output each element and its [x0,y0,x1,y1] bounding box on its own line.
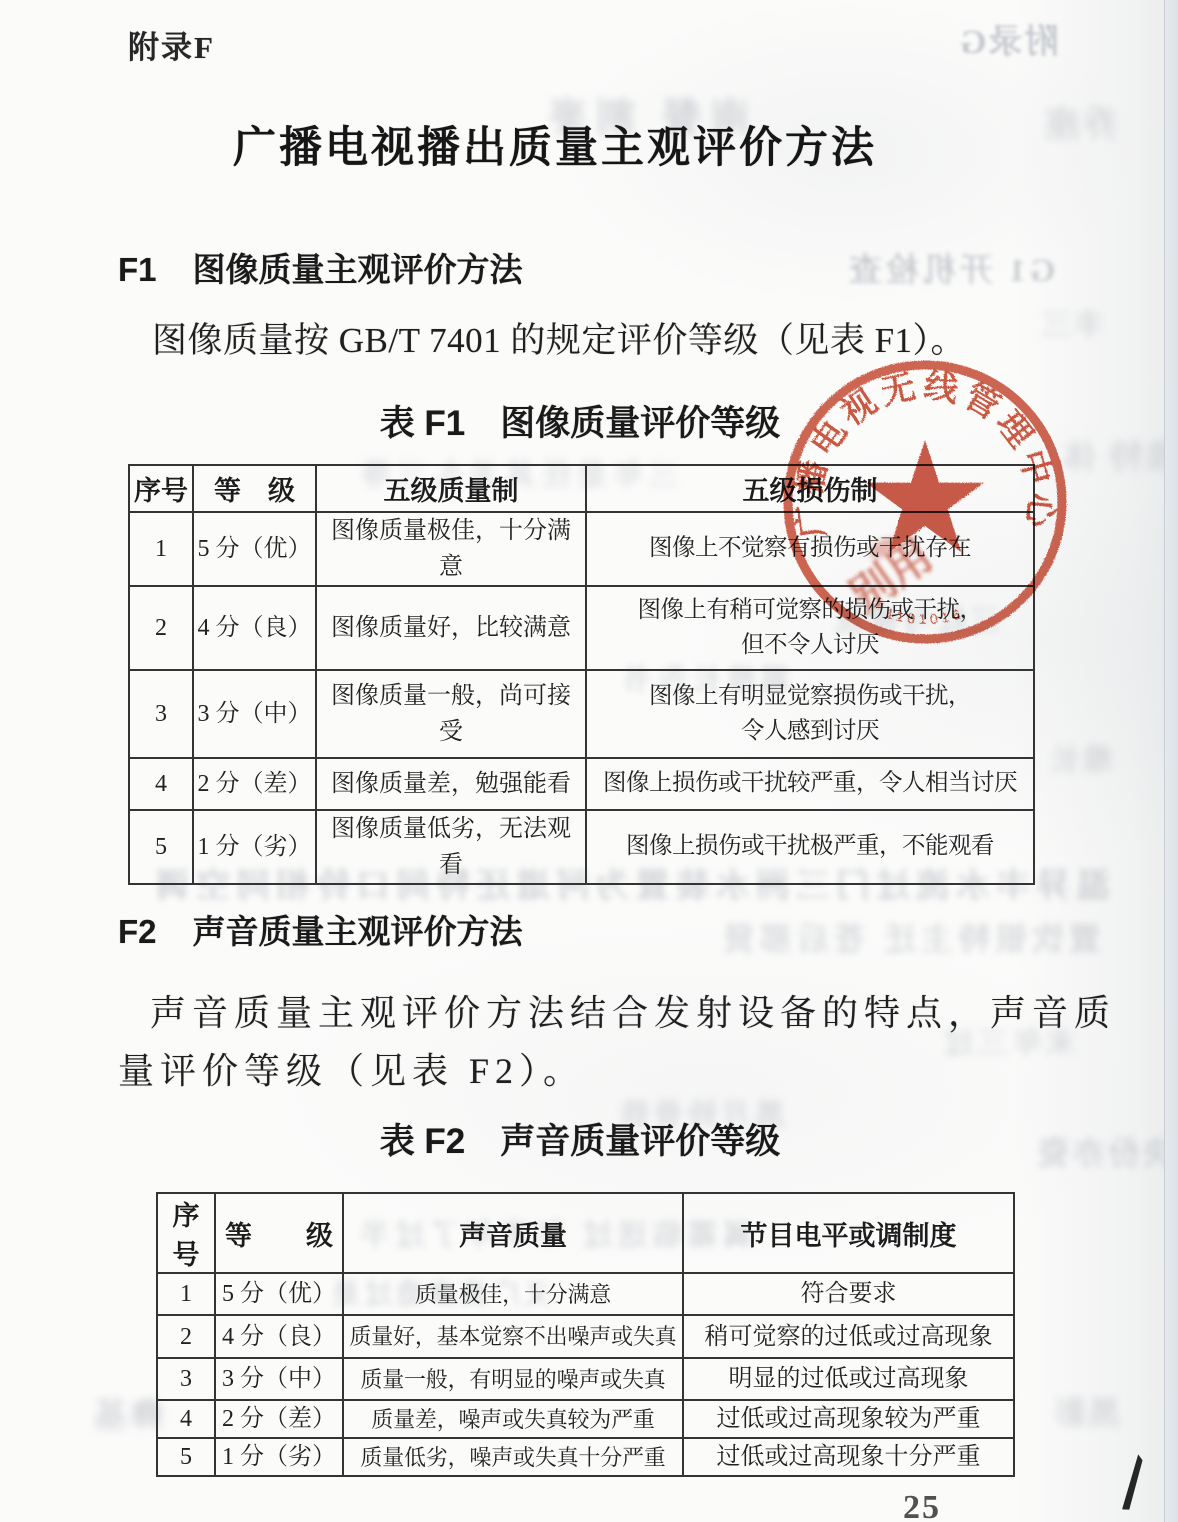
cell: 2 分（差） [215,1400,343,1438]
page-number: 25 [903,1489,941,1522]
bleedthrough-ghost-text: 彝基 [92,1388,164,1437]
cell: 4 [129,758,193,810]
cell: 4 分（良） [215,1315,343,1358]
col-header: 等 级 [215,1193,343,1273]
bleedthrough-ghost-text: 维长 [1048,735,1112,779]
cell: 明显的过低或过高现象 [683,1358,1014,1400]
cell: 稍可觉察的过低或过高现象 [683,1315,1014,1358]
cell: 3 [157,1358,215,1400]
table-f2-header-row: 序号 等 级 声音质量 节目电平或调制度 [157,1193,1014,1273]
cell: 3 分（中） [215,1358,343,1400]
cell: 图像质量极佳，十分满意 [316,512,586,586]
table-f2-caption: 表 F2 声音质量评价等级 [0,1114,1160,1164]
scanned-document-page: 附录G南餐 割麥乔座G1 开机检查丰三三年是任其关么三等准特 体三红与维丝霜维长… [0,0,1178,1522]
cell: 图像上有稍可觉察的损伤或干扰， 但不令人讨厌 [586,586,1034,670]
section-f2-number: F2 [118,913,157,950]
table-row: 4 2 分（差） 质量差，噪声或失真较为严重 过低或过高现象较为严重 [157,1400,1014,1438]
table-row: 3 3 分（中） 图像质量一般，尚可接受 图像上有明显觉察损伤或干扰， 令人感到… [129,670,1034,758]
cell: 图像质量好，比较满意 [316,586,586,670]
table-row: 4 2 分（差） 图像质量差，勉强能看 图像上损伤或干扰较严重，令人相当讨厌 [129,758,1034,810]
cell: 图像质量低劣，无法观看 [316,810,586,884]
cell: 2 [157,1315,215,1358]
col-header: 节目电平或调制度 [683,1193,1014,1273]
table-row: 2 4 分（良） 质量好，基本觉察不出噪声或失真 稍可觉察的过低或过高现象 [157,1315,1014,1358]
table-f1: 序号 等 级 五级质量制 五级损伤制 1 5 分（优） 图像质量极佳，十分满意 … [128,464,1035,885]
cell: 过低或过高现象较为严重 [683,1400,1014,1438]
section-f1-number: F1 [118,251,157,288]
cell: 图像上有明显觉察损伤或干扰， 令人感到讨厌 [586,670,1034,758]
cell: 图像质量一般，尚可接受 [316,670,586,758]
cell: 图像质量差，勉强能看 [316,758,586,810]
bleedthrough-ghost-text: 置饮银特主迁 苍后那贤 [718,914,1101,960]
col-header: 声音质量 [343,1193,683,1273]
cell: 5 分（优） [215,1273,343,1315]
cell: 质量差，噪声或失真较为严重 [343,1400,683,1438]
cell: 质量一般，有明显的噪声或失真 [343,1358,683,1400]
cell: 图像上损伤或干扰较严重，令人相当讨厌 [586,758,1034,810]
cell: 过低或过高现象十分严重 [683,1438,1014,1476]
f2-paragraph: 声音质量主观评价方法结合发射设备的特点，声音质量评价等级（见表 F2）。 [118,984,1144,1100]
cell: 图像上不觉察有损伤或干扰存在 [586,512,1034,586]
table-f2: 序号 等 级 声音质量 节目电平或调制度 1 5 分（优） 质量极佳，十分满意 … [156,1192,1015,1477]
cell: 3 分（中） [193,670,316,758]
col-header: 五级损伤制 [586,465,1034,512]
scan-edge-strip [1164,0,1178,1522]
section-f2-heading: F2声音质量主观评价方法 [118,906,523,953]
scan-corner-artifact [1122,1453,1143,1510]
section-f1-title: 图像质量主观评价方法 [193,251,523,288]
bleedthrough-ghost-text: 丰三 [1040,300,1104,344]
table-f1-caption: 表 F1 图像质量评价等级 [0,396,1160,446]
table-row: 2 4 分（良） 图像质量好，比较满意 图像上有稍可觉察的损伤或干扰， 但不令人… [129,586,1034,670]
cell: 2 分（差） [193,758,316,810]
cell: 符合要求 [683,1273,1014,1315]
appendix-label: 附录F [128,22,215,67]
bleedthrough-ghost-text: G1 开机检查 [845,244,1055,291]
cell: 5 [157,1438,215,1476]
col-header: 序号 [157,1193,215,1273]
table-row: 3 3 分（中） 质量一般，有明显的噪声或失真 明显的过低或过高现象 [157,1358,1014,1400]
table-row: 1 5 分（优） 图像质量极佳，十分满意 图像上不觉察有损伤或干扰存在 [129,512,1034,586]
table-row: 5 1 分（劣） 质量低劣，噪声或失真十分严重 过低或过高现象十分严重 [157,1438,1014,1476]
bleedthrough-ghost-text: 黑影 [1052,1388,1120,1434]
table-row: 1 5 分（优） 质量极佳，十分满意 符合要求 [157,1273,1014,1315]
cell: 质量好，基本觉察不出噪声或失真 [343,1315,683,1358]
cell: 1 [129,512,193,586]
cell: 4 分（良） [193,586,316,670]
cell: 质量极佳，十分满意 [343,1273,683,1315]
table-row: 5 1 分（劣） 图像质量低劣，无法观看 图像上损伤或干扰极严重，不能观看 [129,810,1034,884]
table-f1-header-row: 序号 等 级 五级质量制 五级损伤制 [129,465,1034,512]
section-f1-heading: F1图像质量主观评价方法 [118,244,523,291]
f1-paragraph: 图像质量按 GB/T 7401 的规定评价等级（见表 F1）。 [118,313,966,363]
col-header: 五级质量制 [316,465,586,512]
cell: 5 [129,810,193,884]
cell: 1 [157,1273,215,1315]
cell: 质量低劣，噪声或失真十分严重 [343,1438,683,1476]
col-header: 序号 [129,465,193,512]
cell: 5 分（优） [193,512,316,586]
cell: 3 [129,670,193,758]
cell: 1 分（劣） [193,810,316,884]
bleedthrough-ghost-text: 附录G [958,14,1058,63]
cell: 2 [129,586,193,670]
cell: 1 分（劣） [215,1438,343,1476]
cell: 图像上损伤或干扰极严重，不能观看 [586,810,1034,884]
section-f2-title: 声音质量主观评价方法 [193,913,523,950]
document-title: 广播电视播出质量主观评价方法 [0,114,1110,175]
cell: 4 [157,1400,215,1438]
col-header: 等 级 [193,465,316,512]
